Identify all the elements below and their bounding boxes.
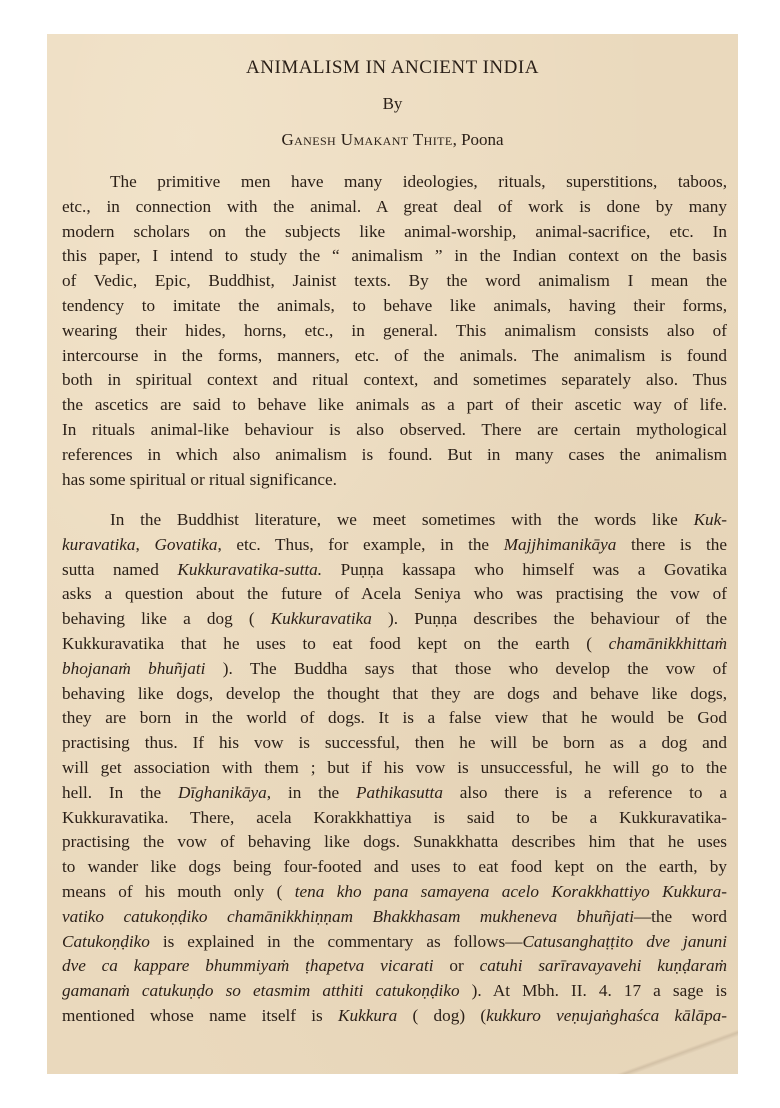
byline-by: By <box>47 94 738 114</box>
text-line: will get association with them ; but if … <box>62 756 727 781</box>
text-run: hell. In the <box>62 783 178 802</box>
text-line: behaving like a dog ( Kukkuravatika ). P… <box>62 607 727 632</box>
text-line: means of his mouth only ( tena kho pana … <box>62 880 727 905</box>
text-line: In the Buddhist literature, we meet some… <box>62 508 727 533</box>
italic-term: vatiko catukoṇḍiko chamānikkhiṇṇam B… <box>62 907 634 926</box>
italic-term: Kukkuravatika <box>271 609 372 628</box>
text-run: means of his mouth only ( <box>62 882 295 901</box>
author-line: Ganesh Umakant Thite, Poona <box>47 130 738 150</box>
text-line: of Vedic, Epic, Buddhist, Jainist texts.… <box>62 269 727 294</box>
text-line: intercourse in the forms, manners, etc. … <box>62 344 727 369</box>
italic-term: dve ca kappare bhummiyaṁ ṭhapetva vica… <box>62 956 434 975</box>
text-run: to wander like dogs being four-footed an… <box>62 857 727 876</box>
text-run: etc., in connection with the animal. A g… <box>62 197 727 216</box>
text-line: sutta named Kukkuravatika-sutta. Puṇṇa k… <box>62 558 727 583</box>
text-run: behaving like a dog ( <box>62 609 271 628</box>
text-line: etc., in connection with the animal. A g… <box>62 195 727 220</box>
text-line: In rituals animal-like behaviour is also… <box>62 418 727 443</box>
italic-term: chamānikkhittaṁ <box>609 634 727 653</box>
text-run: ( dog) ( <box>397 1006 486 1025</box>
text-line: vatiko catukoṇḍiko chamānikkhiṇṇam B… <box>62 905 727 930</box>
text-run: modern scholars on the subjects like ani… <box>62 222 727 241</box>
text-run: , in the <box>267 783 356 802</box>
text-line: kuravatika, Govatika, etc. Thus, for exa… <box>62 533 727 558</box>
text-run: , etc. Thus, for example, in the <box>217 535 503 554</box>
text-line: behaving like dogs, develop the thought … <box>62 682 727 707</box>
text-line: asks a question about the future of Acel… <box>62 582 727 607</box>
text-run: asks a question about the future of Acel… <box>62 584 727 603</box>
text-line: wearing their hides, horns, etc., in gen… <box>62 319 727 344</box>
italic-term: Majjhimanikāya <box>504 535 617 554</box>
italic-term: Pathikasutta <box>356 783 443 802</box>
author-name: Ganesh Umakant Thite <box>281 130 452 149</box>
italic-term: Kukkura <box>338 1006 397 1025</box>
italic-term: kukkuro veṇujaṅghaśca kālāpa- <box>486 1006 727 1025</box>
text-line: has some spiritual or ritual significanc… <box>62 468 727 493</box>
italic-term: Govatika <box>154 535 217 554</box>
text-run: mentioned whose name itself is <box>62 1006 338 1025</box>
text-run: has some spiritual or ritual significanc… <box>62 470 337 489</box>
text-run: sutta named <box>62 560 177 579</box>
text-line: practising thus. If his vow is successfu… <box>62 731 727 756</box>
paragraph-2: In the Buddhist literature, we meet some… <box>62 508 727 1029</box>
text-run: wearing their hides, horns, etc., in gen… <box>62 321 727 340</box>
text-line: the ascetics are said to behave like ani… <box>62 393 727 418</box>
text-line: The primitive men have many ideologies, … <box>62 170 727 195</box>
text-line: both in spiritual context and ritual con… <box>62 368 727 393</box>
text-line: tendency to imitate the animals, to beha… <box>62 294 727 319</box>
text-run: ). Puṇṇa describes the behaviour of the <box>372 609 727 628</box>
italic-term: Kukkuravatika-sutta. <box>177 560 322 579</box>
italic-term: Catukoṇḍiko <box>62 932 150 951</box>
text-run: , <box>136 535 155 554</box>
text-line: Kukkuravatika. There, acela Korakkhattiy… <box>62 806 727 831</box>
italic-term: Kuk- <box>694 510 727 529</box>
text-run: the ascetics are said to behave like ani… <box>62 395 727 414</box>
text-line: modern scholars on the subjects like ani… <box>62 220 727 245</box>
text-run: references in which also animalism is fo… <box>62 445 727 464</box>
italic-term: bhojanaṁ bhuñjati <box>62 659 205 678</box>
article-title: ANIMALISM IN ANCIENT INDIA <box>47 57 738 79</box>
text-run: intercourse in the forms, manners, etc. … <box>62 346 727 365</box>
text-run: will get association with them ; but if … <box>62 758 727 777</box>
text-run: behaving like dogs, develop the thought … <box>62 684 727 703</box>
text-run: this paper, I intend to study the “ anim… <box>62 246 727 265</box>
text-run: tendency to imitate the animals, to beha… <box>62 296 727 315</box>
text-line: dve ca kappare bhummiyaṁ ṭhapetva vica… <box>62 954 727 979</box>
text-line: Kukkuravatika that he uses to eat food k… <box>62 632 727 657</box>
text-run: there is the <box>616 535 727 554</box>
text-run: Puṇṇa kassapa who himself was a Govatika <box>322 560 727 579</box>
text-run: or <box>434 956 480 975</box>
text-line: to wander like dogs being four-footed an… <box>62 855 727 880</box>
text-run: of Vedic, Epic, Buddhist, Jainist texts.… <box>62 271 727 290</box>
text-line: practising the vow of behaving like dogs… <box>62 830 727 855</box>
text-run: The primitive men have many ideologies, … <box>110 172 727 191</box>
text-line: bhojanaṁ bhuñjati ). The Buddha says th… <box>62 657 727 682</box>
text-line: gamanaṁ catukuṇḍo so etasmim atthiti … <box>62 979 727 1004</box>
text-run: is explained in the commentary as follow… <box>150 932 523 951</box>
text-line: mentioned whose name itself is Kukkura (… <box>62 1004 727 1029</box>
text-run: Kukkuravatika. There, acela Korakkhattiy… <box>62 808 727 827</box>
text-line: hell. In the Dīghanikāya, in the Pathika… <box>62 781 727 806</box>
text-run: practising thus. If his vow is successfu… <box>62 733 727 752</box>
text-run: In rituals animal-like behaviour is also… <box>62 420 727 439</box>
text-run: ). The Buddha says that those who develo… <box>205 659 727 678</box>
italic-term: Dīghanikāya <box>178 783 267 802</box>
text-run: ). At Mbh. II. 4. 17 a sage is <box>460 981 727 1000</box>
author-place: , Poona <box>453 130 504 149</box>
text-run: —the word <box>634 907 727 926</box>
text-run: In the Buddhist literature, we meet some… <box>110 510 694 529</box>
paragraph-1: The primitive men have many ideologies, … <box>62 170 727 492</box>
text-run: they are born in the world of dogs. It i… <box>62 708 727 727</box>
italic-term: tena kho pana samayena acelo Korakkhatti… <box>295 882 727 901</box>
italic-term: kuravatika <box>62 535 136 554</box>
text-line: references in which also animalism is fo… <box>62 443 727 468</box>
text-run: also there is a reference to a <box>443 783 727 802</box>
text-run: both in spiritual context and ritual con… <box>62 370 727 389</box>
text-run: practising the vow of behaving like dogs… <box>62 832 727 851</box>
italic-term: Catusanghaṭṭito dve januni <box>522 932 727 951</box>
text-line: this paper, I intend to study the “ anim… <box>62 244 727 269</box>
italic-term: gamanaṁ catukuṇḍo so etasmim atthiti … <box>62 981 460 1000</box>
scanned-page: ANIMALISM IN ANCIENT INDIA By Ganesh Uma… <box>47 34 738 1074</box>
italic-term: catuhi sarīravayavehi kuṇḍaraṁ <box>480 956 727 975</box>
text-line: Catukoṇḍiko is explained in the commen… <box>62 930 727 955</box>
text-line: they are born in the world of dogs. It i… <box>62 706 727 731</box>
text-run: Kukkuravatika that he uses to eat food k… <box>62 634 609 653</box>
